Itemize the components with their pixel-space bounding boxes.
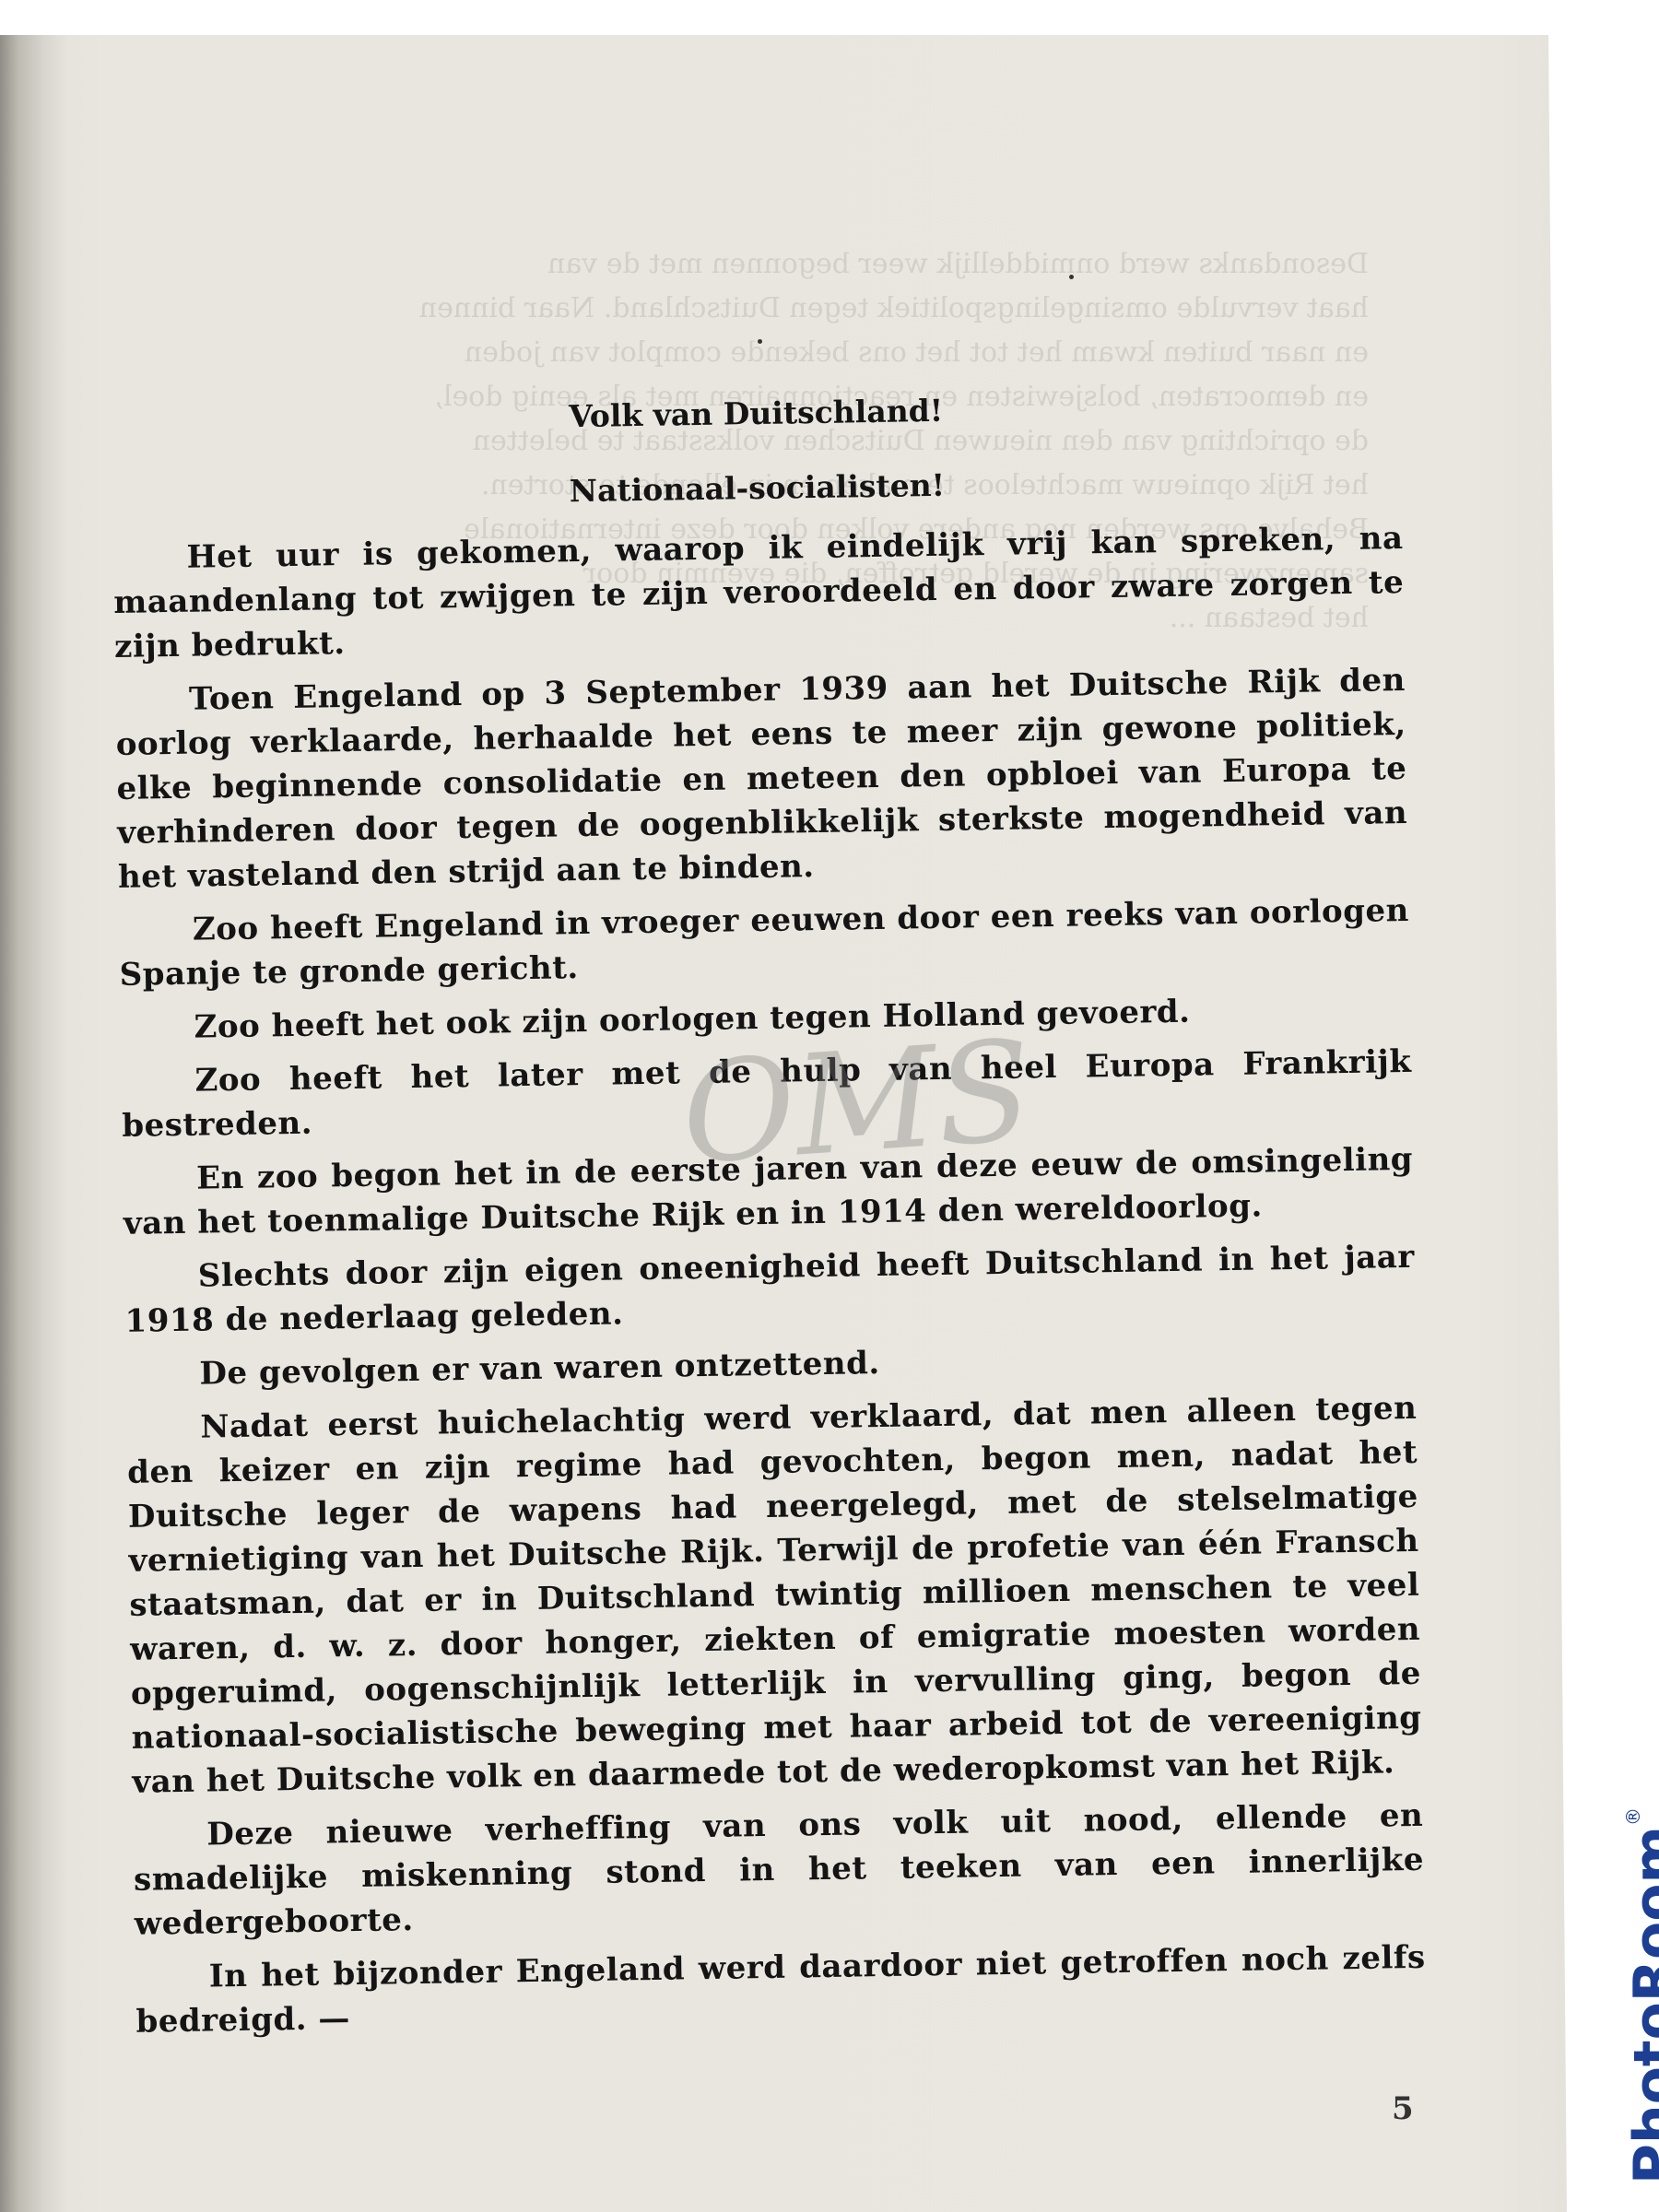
heading-nationaal-socialisten: Nationaal-socialisten!: [112, 460, 1402, 516]
paragraph: Toen Engeland op 3 September 1939 aan he…: [115, 658, 1409, 900]
paragraph: Slechts door zijn eigen oneenigheid heef…: [124, 1235, 1415, 1344]
oms-watermark: OMS: [677, 1011, 1037, 1195]
paragraph: De gevolgen er van waren ontzettend.: [125, 1333, 1417, 1397]
paragraph: In het bijzonder Engeland werd daardoor …: [135, 1935, 1426, 2044]
paragraph: Nadat eerst huichelachtig werd verklaard…: [126, 1386, 1423, 1805]
paragraph: Het uur is gekomen, waarop ik eindelijk …: [112, 516, 1405, 669]
page-number: 5: [1392, 2090, 1414, 2127]
page-body: Volk van Duitschland! Nationaal-socialis…: [111, 385, 1427, 2053]
photoroom-logo-text: PhotoRoom: [1622, 1826, 1659, 2184]
paragraph: Deze nieuwe verheffing van ons volk uit …: [133, 1794, 1425, 1947]
paragraph: Zoo heeft Engeland in vroeger eeuwen doo…: [119, 888, 1410, 997]
photoroom-logo: PhotoRoom®: [1622, 1807, 1659, 2184]
registered-mark-icon: ®: [1622, 1807, 1644, 1826]
speck: [758, 339, 762, 344]
speck: [1069, 275, 1074, 279]
